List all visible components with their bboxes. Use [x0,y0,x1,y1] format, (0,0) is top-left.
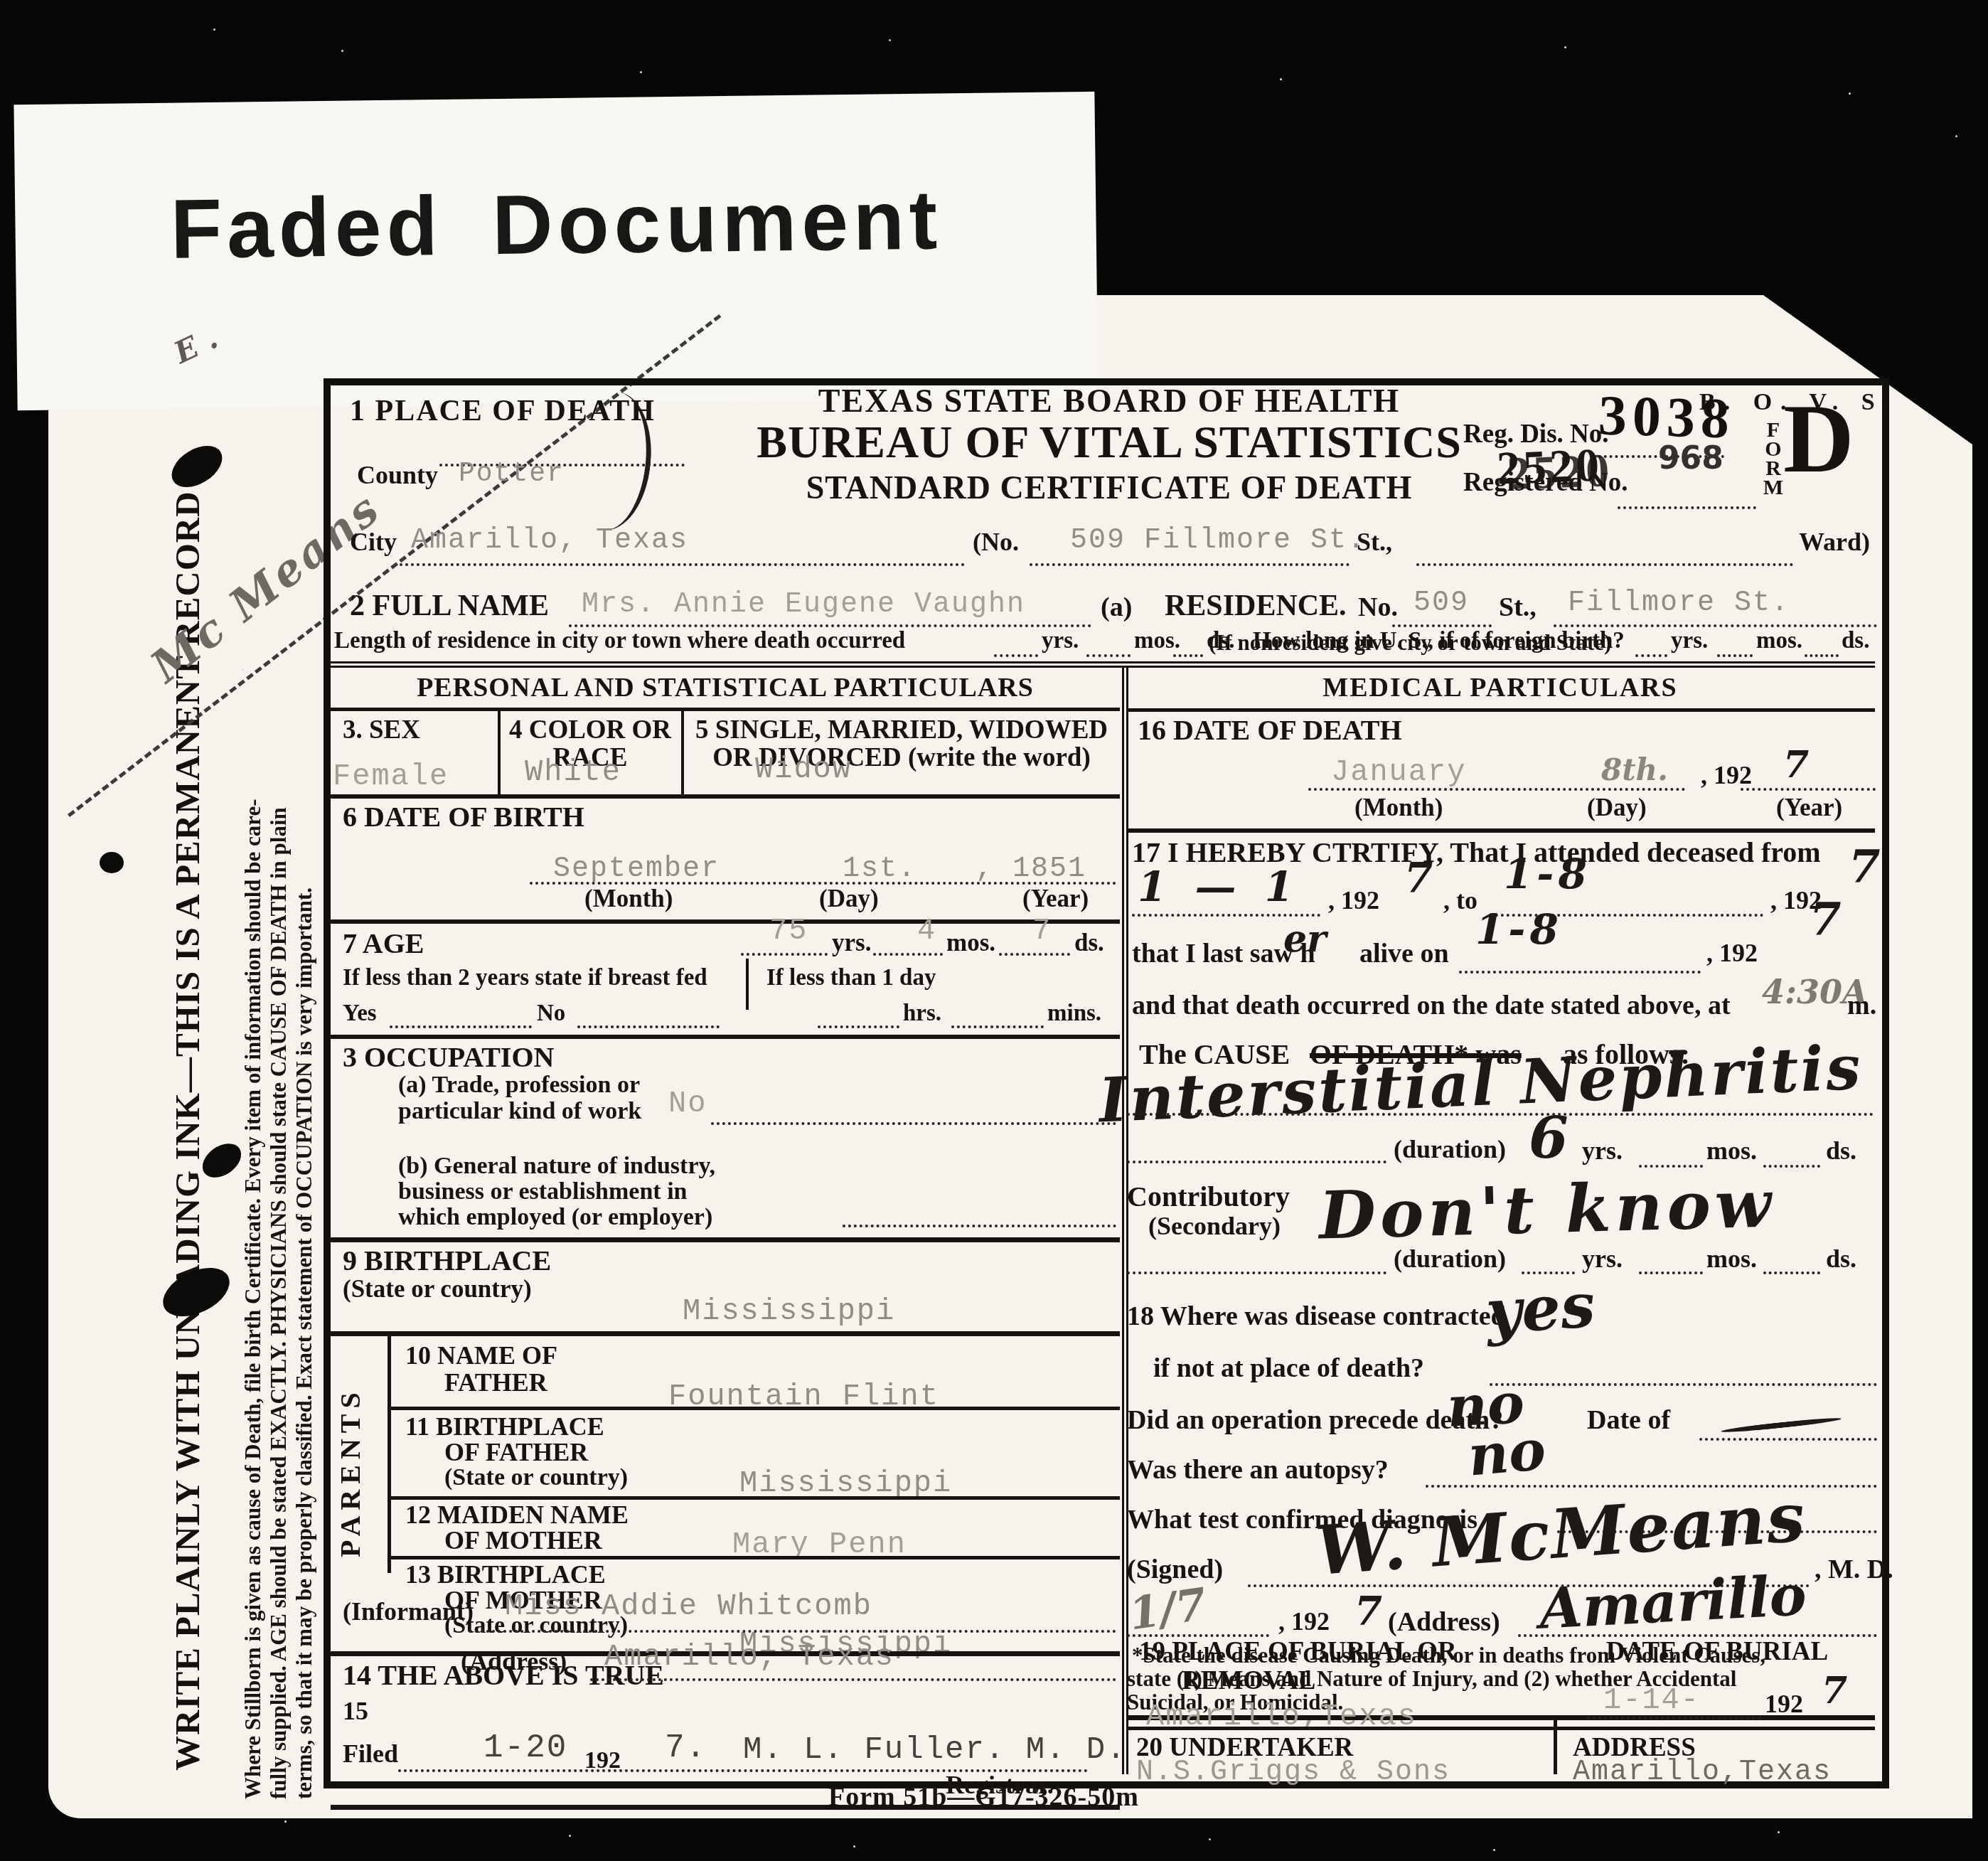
dob-label: 6 DATE OF BIRTH [343,802,584,832]
cause-leader [1127,1113,1874,1116]
house-no-value: 509 Fillmore St. [1070,525,1366,557]
parents-vline [388,1336,391,1573]
burial-date-label: DATE OF BURIAL [1561,1638,1874,1666]
column-divider [1122,667,1128,1774]
county-value: Potter [459,459,565,489]
rule-h [331,1331,1120,1336]
house-no-leader [1030,563,1350,566]
board-title: TEXAS STATE BOARD OF HEALTH [789,384,1429,418]
street-label: St., [1357,529,1392,556]
saw-year-printed: , 192 [1706,940,1758,967]
dod-day-value: 8th. [1601,755,1668,785]
place-of-death-label: 1 PLACE OF DEATH [350,395,656,427]
rule-h [390,1556,1120,1559]
dod-year-hand: 7 [1783,747,1809,784]
contrib-leader [1127,1271,1386,1274]
parents-label: PARENTS [336,1387,365,1557]
dob-year-caption: (Year) [1022,886,1089,912]
registered-leader [1618,506,1756,509]
dod-month-value: January [1331,755,1466,789]
age-leader3 [999,953,1070,956]
filed-label: Filed [343,1741,398,1768]
place-leader [1490,1383,1877,1386]
ink-blob [100,852,124,873]
ward-leader [1416,563,1793,566]
registered-value: 2520 [1496,440,1603,493]
residence-no-leader [1392,624,1492,627]
duration-ds: ds. [1826,1138,1856,1165]
mother-name-label1: 12 MAIDEN NAME [405,1502,629,1529]
full-name-label: 2 FULL NAME [350,590,549,622]
md-label: , M. D. [1815,1556,1893,1584]
attended-to-value: 1-8 [1504,853,1591,895]
dod-year-printed: , 192 [1701,762,1752,789]
last-saw-scribble: er [1283,921,1326,958]
occupation-label: 3 OCCUPATION [343,1043,554,1072]
lessthan1day-label: If less than 1 day [766,966,936,991]
age-ds-value: 7 [1032,914,1052,948]
howlong-label: How long in U. S., if of foreign birth? [1253,629,1625,654]
lr-leader2 [1086,654,1131,657]
duration-leader [1127,1161,1386,1163]
margin-instruction-line3: terms, so that it may be properly classi… [293,887,316,1799]
age-yrs-value: 75 [769,914,808,948]
rule-h [331,1035,1120,1039]
autopsy-value: no [1466,1422,1548,1484]
margin-instruction-line2: fully supplied. AGE should be stated EXA… [267,807,291,1799]
ward-label: Ward) [1799,529,1870,556]
age-ds-caption: ds. [1074,930,1104,956]
burial-year-hand: 7 [1822,1673,1847,1710]
hl-leader3 [1805,654,1839,657]
hrs-leader [818,1025,899,1028]
from-leader [1132,914,1320,917]
duration-yrs: yrs. [1582,1138,1623,1165]
dob-year: , 1851 [976,853,1086,885]
dob-day: 1st. [843,853,916,885]
medical-title: MEDICAL PARTICULARS [1127,674,1874,703]
rule-h [1127,828,1875,833]
residence-no-value: 509 [1413,587,1469,619]
date-of-label: Date of [1587,1407,1670,1435]
hl-leader2 [1717,654,1753,657]
residence-label: RESIDENCE. [1165,590,1347,622]
father-name-label1: 10 NAME OF [405,1343,557,1370]
sex-value: Female [333,759,449,794]
lr-leader1 [994,654,1038,657]
informant-address-value: Amarillo, Texas [604,1640,894,1674]
breastfed-label: If less than 2 years state if breast fed [343,966,707,991]
residence-st-value: Fillmore St. [1568,587,1790,619]
not-at-place-label: if not at place of death? [1153,1355,1424,1383]
burial-year-printed: 192 [1765,1691,1803,1718]
dod-year-caption: (Year) [1776,795,1842,821]
mins-label: mins. [1047,1001,1101,1026]
duration2-ds: ds. [1826,1246,1856,1273]
occupation-a-leader [711,1122,1116,1125]
no-label: No [537,1001,565,1026]
undertaker-vline2 [1554,1727,1557,1774]
saw-leader [1459,971,1701,974]
age-yrs-caption: yrs. [832,930,871,956]
filed-year-printed: 192 [584,1748,621,1774]
personal-title: PERSONAL AND STATISTICAL PARTICULARS [331,674,1120,703]
residence-st-leader [1554,624,1877,627]
city-label: City [350,529,397,556]
from-year-hand: 7 [1404,857,1433,898]
saw-year-hand: 7 [1810,897,1842,943]
burial-place-label1: 19 PLACE OF BURIAL OR [1139,1638,1457,1666]
to-year-hand: 7 [1849,845,1881,890]
informant-label: (Informant) [343,1599,474,1626]
occupation-b-leader [843,1225,1116,1227]
dob-month: September [553,853,720,885]
dob-month-caption: (Month) [584,886,673,912]
date-of-death-label: 16 DATE OF DEATH [1138,715,1402,745]
dod-month-caption: (Month) [1354,795,1443,821]
burial-date-value: 1-14- [1603,1683,1700,1717]
cell-vline [746,959,749,1010]
informant-value: Miss Addie Whitcomb [505,1589,872,1623]
from-year-printed: , 192 [1328,887,1379,914]
dob-day-caption: (Day) [819,886,879,912]
length-residence-label: Length of residence in city or town wher… [334,629,905,654]
no-leader [577,1025,720,1028]
duration-label: (duration) [1394,1136,1506,1163]
contributory-sub: (Secondary) [1148,1213,1281,1240]
dod-day-caption: (Day) [1587,795,1647,821]
marital-label: 5 SINGLE, MARRIED, WIDOWED OR DIVORCED (… [688,717,1115,772]
residence-st-label: St., [1499,594,1537,622]
lr-ds: ds. [1207,629,1234,654]
lr-leader3 [1173,654,1203,657]
marital-value: Widow [755,752,852,786]
autopsy-label: Was there an autopsy? [1127,1456,1389,1485]
dateof-leader [1699,1438,1877,1441]
cell-vline [498,708,501,794]
duration2-mos: mos. [1706,1246,1757,1273]
age-mos-caption: mos. [946,930,995,956]
alive-on-label: alive on [1359,940,1449,969]
rule-h [390,1496,1120,1500]
filed-year-hand: 7. [665,1729,707,1766]
occupation-b-line3: which employed (or employer) [398,1205,712,1230]
burial-place-label2: REMOVAL [1182,1665,1315,1696]
duration2-dots2 [1763,1271,1820,1274]
hl-leader1 [1635,654,1667,657]
residence-no-label: No. [1358,594,1398,622]
registrar-name-value: M. L. Fuller. M. D. [743,1732,1127,1768]
father-bp-value: Mississippi [739,1466,952,1500]
age-leader2 [873,953,943,956]
rule-h [390,1407,1120,1410]
faded-document-title: Faded Document [170,176,943,274]
lr-mos: mos. [1134,629,1180,654]
sex-label: 3. SEX [343,717,420,745]
father-bp-label1: 11 BIRTHPLACE [405,1414,604,1441]
section-divider [331,661,1875,668]
reg-extra-value: 968 [1658,442,1724,475]
occupation-a-value: No [668,1087,707,1121]
mins-leader [951,1025,1044,1028]
lr-yrs: yrs. [1042,629,1079,654]
hrs-label: hrs. [903,1001,941,1026]
duration2-label: (duration) [1394,1246,1506,1273]
to-label: , to [1443,887,1477,914]
form-word-vertical: FORM [1762,418,1785,495]
undertaker-value: N.S.Griggs & Sons [1136,1756,1450,1788]
yes-leader [390,1025,532,1028]
occupation-b-line1: (b) General nature of industry, [398,1153,715,1179]
city-leader [400,563,965,566]
birthplace-sub: (State or country) [343,1276,532,1303]
county-label: County [357,462,438,489]
item15-label: 15 [343,1698,368,1725]
a-label: (a) [1101,594,1132,622]
informant-leader [469,1630,1116,1633]
certificate-title: STANDARD CERTIFICATE OF DEATH [771,471,1447,505]
duration-mos: mos. [1706,1138,1757,1165]
dod-leader2 [1741,788,1876,791]
age-leader1 [741,953,828,956]
rule-h [331,708,1120,711]
margin-instruction-line1: Where Stillborn is given as cause of Dea… [242,799,265,1799]
last-saw-date-value: 1-8 [1475,909,1563,950]
yes-label: Yes [343,1001,377,1026]
hl-yrs: yrs. [1671,629,1708,654]
filed-date-value: 1-20 [483,1729,567,1766]
duration2-dots1 [1639,1271,1703,1274]
father-name-label2: FATHER [444,1370,547,1397]
father-bp-label2: OF FATHER [444,1439,588,1466]
city-value: Amarillo, Texas [411,525,688,557]
contributory-value: Don't know [1318,1171,1776,1249]
house-no-label: (No. [973,529,1019,556]
autopsy-leader [1426,1485,1877,1488]
age-mos-value: 4 [917,914,936,948]
undertaker-mid-rule [1127,1727,1875,1730]
occupation-a-line2: particular kind of work [398,1099,641,1124]
father-bp-label3: (State or country) [444,1465,628,1491]
undertaker-address-value: Amarillo,Texas [1573,1756,1832,1788]
full-name-leader [569,624,1091,627]
age-label: 7 AGE [343,929,424,959]
hl-mos: mos. [1756,629,1802,654]
disease-contracted-value: yes [1484,1275,1597,1343]
hl-ds: ds. [1842,629,1869,654]
bureau-title: BUREAU OF VITAL STATISTICS [754,418,1465,466]
burial-date-leader [1587,1717,1761,1719]
cause-duration-value: 6 [1529,1109,1569,1166]
rule-h [331,1237,1120,1242]
scan-noise [213,28,215,31]
occupation-b-line2: business or establishment in [398,1179,688,1205]
informant-address-label: (Address) [461,1648,567,1675]
birthplace-value: Mississippi [683,1294,895,1328]
death-occurred-label: and that death occurred on the date stat… [1132,992,1731,1020]
rule-h [1127,708,1875,712]
sign-address-label: (Address) [1388,1609,1500,1637]
cell-vline [681,708,684,794]
sign-date-value: 1/7 [1126,1582,1209,1637]
color-value: White [525,755,621,789]
birthplace-label: 9 BIRTHPLACE [343,1246,551,1276]
signed-label: (Signed) [1127,1556,1223,1584]
contributory-label: Contributory [1127,1182,1290,1212]
sign-year-hand: 7 [1354,1591,1382,1631]
sign-year-printed: , 192 [1278,1609,1330,1636]
attended-from-value: 1 — 1 [1138,866,1300,907]
sign-address-value: Amarillo [1538,1568,1807,1638]
form-letter: D [1783,388,1854,491]
form-number: Form 51b—G17-326-50m [828,1783,1139,1812]
mother-bp-label1: 13 BIRTHPLACE [405,1562,606,1589]
rule-h [331,919,1120,924]
informant-address-leader [590,1678,1116,1681]
full-name-value: Mrs. Annie Eugene Vaughn [582,589,1025,621]
scanned-death-certificate: Faded Document WRITE PLAINLY WITH UNFADI… [0,0,1988,1861]
occupation-a-line1: (a) Trade, profession or [398,1072,640,1098]
mother-name-label2: OF MOTHER [444,1527,602,1555]
disease-contracted-label: 18 Where was disease contracted [1127,1303,1506,1331]
rule-h [331,794,1120,799]
time-m-label: m. [1847,992,1876,1020]
